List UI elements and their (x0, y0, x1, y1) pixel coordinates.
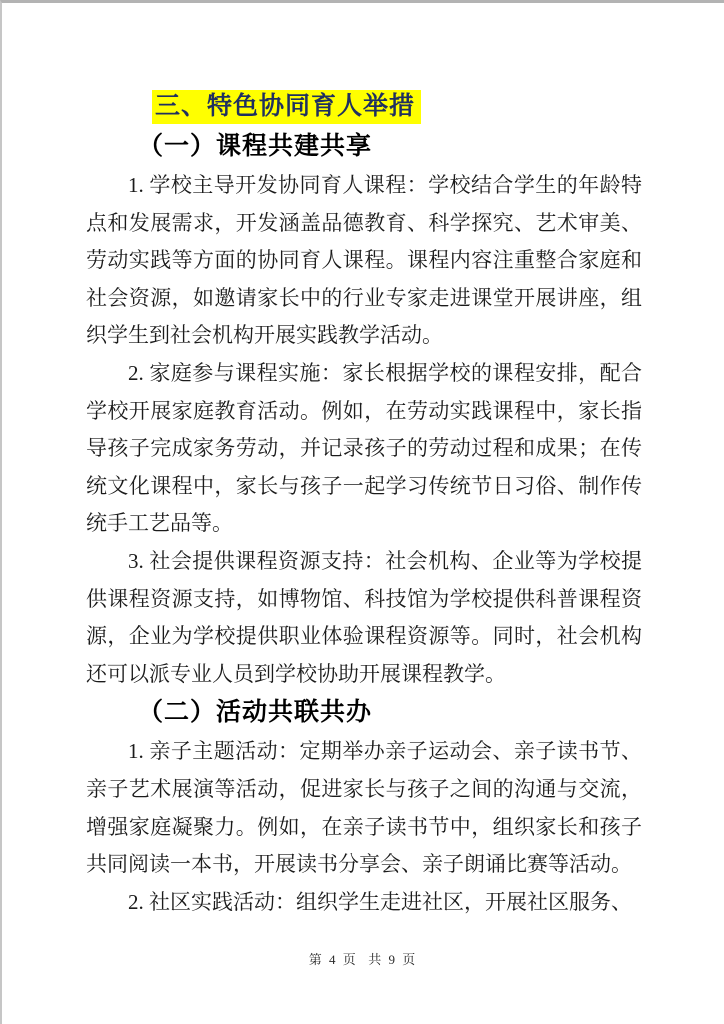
paragraph: 3. 社会提供课程资源支持：社会机构、企业等为学校提供课程资源支持，如博物馆、科… (86, 543, 642, 693)
paragraph: 2. 家庭参与课程实施：家长根据学校的课程安排，配合学校开展家庭教育活动。例如，… (86, 355, 642, 543)
document-title-highlight: 三、特色协同育人举措 (152, 90, 421, 124)
document-content: 三、特色协同育人举措 （一）课程共建共享 1. 学校主导开发协同育人课程：学校结… (86, 87, 642, 921)
page-footer: 第 4 页 共 9 页 (2, 949, 724, 968)
section-heading-1: （一）课程共建共享 (138, 127, 642, 167)
paragraph: 2. 社区实践活动：组织学生走进社区，开展社区服务、 (86, 884, 642, 922)
document-page: 三、特色协同育人举措 （一）课程共建共享 1. 学校主导开发协同育人课程：学校结… (0, 0, 724, 1024)
section-heading-2: （二）活动共联共办 (138, 693, 642, 733)
document-title: 三、特色协同育人举措 (152, 87, 642, 127)
paragraph: 1. 学校主导开发协同育人课程：学校结合学生的年龄特点和发展需求，开发涵盖品德教… (86, 167, 642, 355)
paragraph: 1. 亲子主题活动：定期举办亲子运动会、亲子读书节、亲子艺术展演等活动，促进家长… (86, 733, 642, 883)
